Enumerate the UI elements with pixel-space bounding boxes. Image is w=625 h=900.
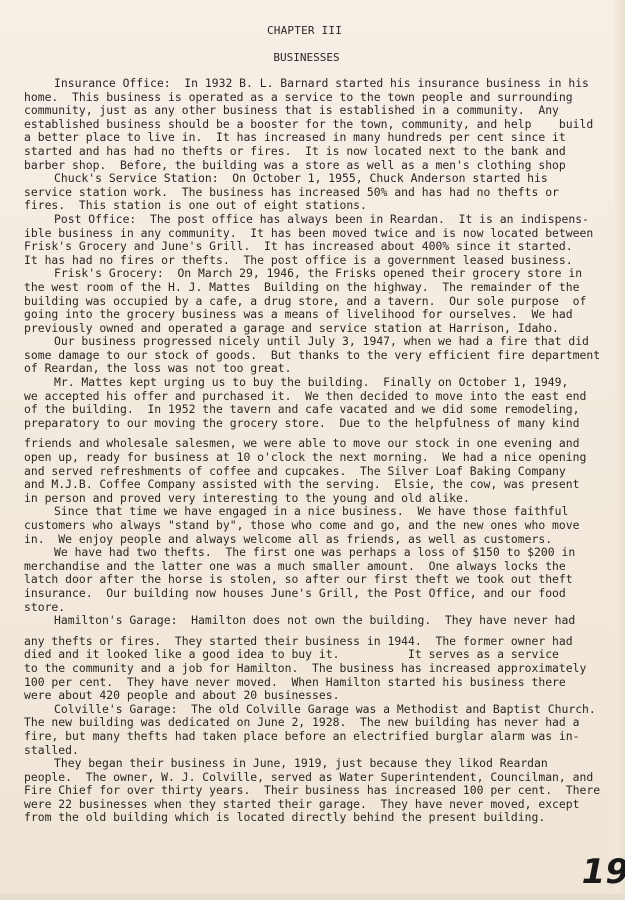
text-line: in person and proved very interesting to… (24, 492, 614, 506)
text-line: people. The owner, W. J. Colville, serve… (24, 771, 614, 785)
text-line: were 22 businesses when they started the… (24, 798, 614, 812)
text-line: of Reardan, the loss was not too great. (24, 362, 614, 376)
text-line: Colville's Garage: The old Colville Gara… (24, 703, 614, 717)
page-number: 19 (582, 852, 625, 892)
text-line: Post Office: The post office has always … (24, 213, 614, 227)
text-line: going into the grocery business was a me… (24, 308, 614, 322)
text-line: in. We enjoy people and always welcome a… (24, 533, 614, 547)
text-line: previously owned and operated a garage a… (24, 322, 614, 336)
text-line: Mr. Mattes kept urging us to buy the bui… (24, 376, 614, 390)
text-line: Since that time we have engaged in a nic… (24, 505, 614, 519)
text-line: died and it looked like a good idea to b… (24, 648, 614, 662)
text-line: the west room of the H. J. Mattes Buildi… (24, 281, 614, 295)
page-edge (615, 0, 625, 900)
text-line: any thefts or fires. They started their … (24, 635, 614, 649)
text-line: established business should be a booster… (24, 118, 614, 132)
text-line: Fire Chief for over thirty years. Their … (24, 784, 614, 798)
text-line: store. (24, 601, 614, 615)
page-bottom-edge (0, 894, 625, 900)
text-line: we accepted his offer and purchased it. … (24, 390, 614, 404)
text-line: They began their business in June, 1919,… (24, 757, 614, 771)
chapter-heading: CHAPTER III (0, 24, 617, 37)
text-line: to the community and a job for Hamilton.… (24, 662, 614, 676)
text-line: It has had no fires or thefts. The post … (24, 254, 614, 268)
text-line: Hamilton's Garage: Hamilton does not own… (24, 614, 614, 628)
section-title: BUSINESSES (0, 51, 619, 64)
text-line: and served refreshments of coffee and cu… (24, 465, 614, 479)
text-line: 100 per cent. They have never moved. Whe… (24, 676, 614, 690)
text-line: started and has had no thefts or fires. … (24, 145, 614, 159)
text-line: The new building was dedicated on June 2… (24, 716, 614, 730)
text-line: were about 420 people and about 20 busin… (24, 689, 614, 703)
text-line: service station work. The business has i… (24, 186, 614, 200)
text-line: Insurance Office: In 1932 B. L. Barnard … (24, 77, 614, 91)
text-line: latch door after the horse is stolen, so… (24, 573, 614, 587)
text-line: customers who always "stand by", those w… (24, 519, 614, 533)
text-line: We have had two thefts. The first one wa… (24, 546, 614, 560)
text-line: ible business in any community. It has b… (24, 227, 614, 241)
text-line: some damage to our stock of goods. But t… (24, 349, 614, 363)
text-line: from the old building which is located d… (24, 811, 614, 825)
text-line: Chuck's Service Station: On October 1, 1… (24, 172, 614, 186)
body-text: Insurance Office: In 1932 B. L. Barnard … (24, 77, 614, 825)
text-line: home. This business is operated as a ser… (24, 91, 614, 105)
text-line: and M.J.B. Coffee Company assisted with … (24, 478, 614, 492)
text-line: building was occupied by a cafe, a drug … (24, 295, 614, 309)
text-line: stalled. (24, 744, 614, 758)
text-line: Our business progressed nicely until Jul… (24, 335, 614, 349)
text-line: Frisk's Grocery: On March 29, 1946, the … (24, 267, 614, 281)
text-line: open up, ready for business at 10 o'cloc… (24, 451, 614, 465)
text-line: Frisk's Grocery and June's Grill. It has… (24, 240, 614, 254)
text-line: merchandise and the latter one was a muc… (24, 560, 614, 574)
text-line: insurance. Our building now houses June'… (24, 587, 614, 601)
document-page: CHAPTER III BUSINESSES Insurance Office:… (0, 0, 625, 900)
text-line: community, just as any other business th… (24, 104, 614, 118)
text-line: preparatory to our moving the grocery st… (24, 417, 614, 431)
text-line: friends and wholesale salesmen, we were … (24, 437, 614, 451)
text-line: fire, but many thefts had taken place be… (24, 730, 614, 744)
text-line: fires. This station is one out of eight … (24, 199, 614, 213)
text-line: barber shop. Before, the building was a … (24, 159, 614, 173)
text-line: of the building. In 1952 the tavern and … (24, 403, 614, 417)
text-line: a better place to live in. It has increa… (24, 131, 614, 145)
